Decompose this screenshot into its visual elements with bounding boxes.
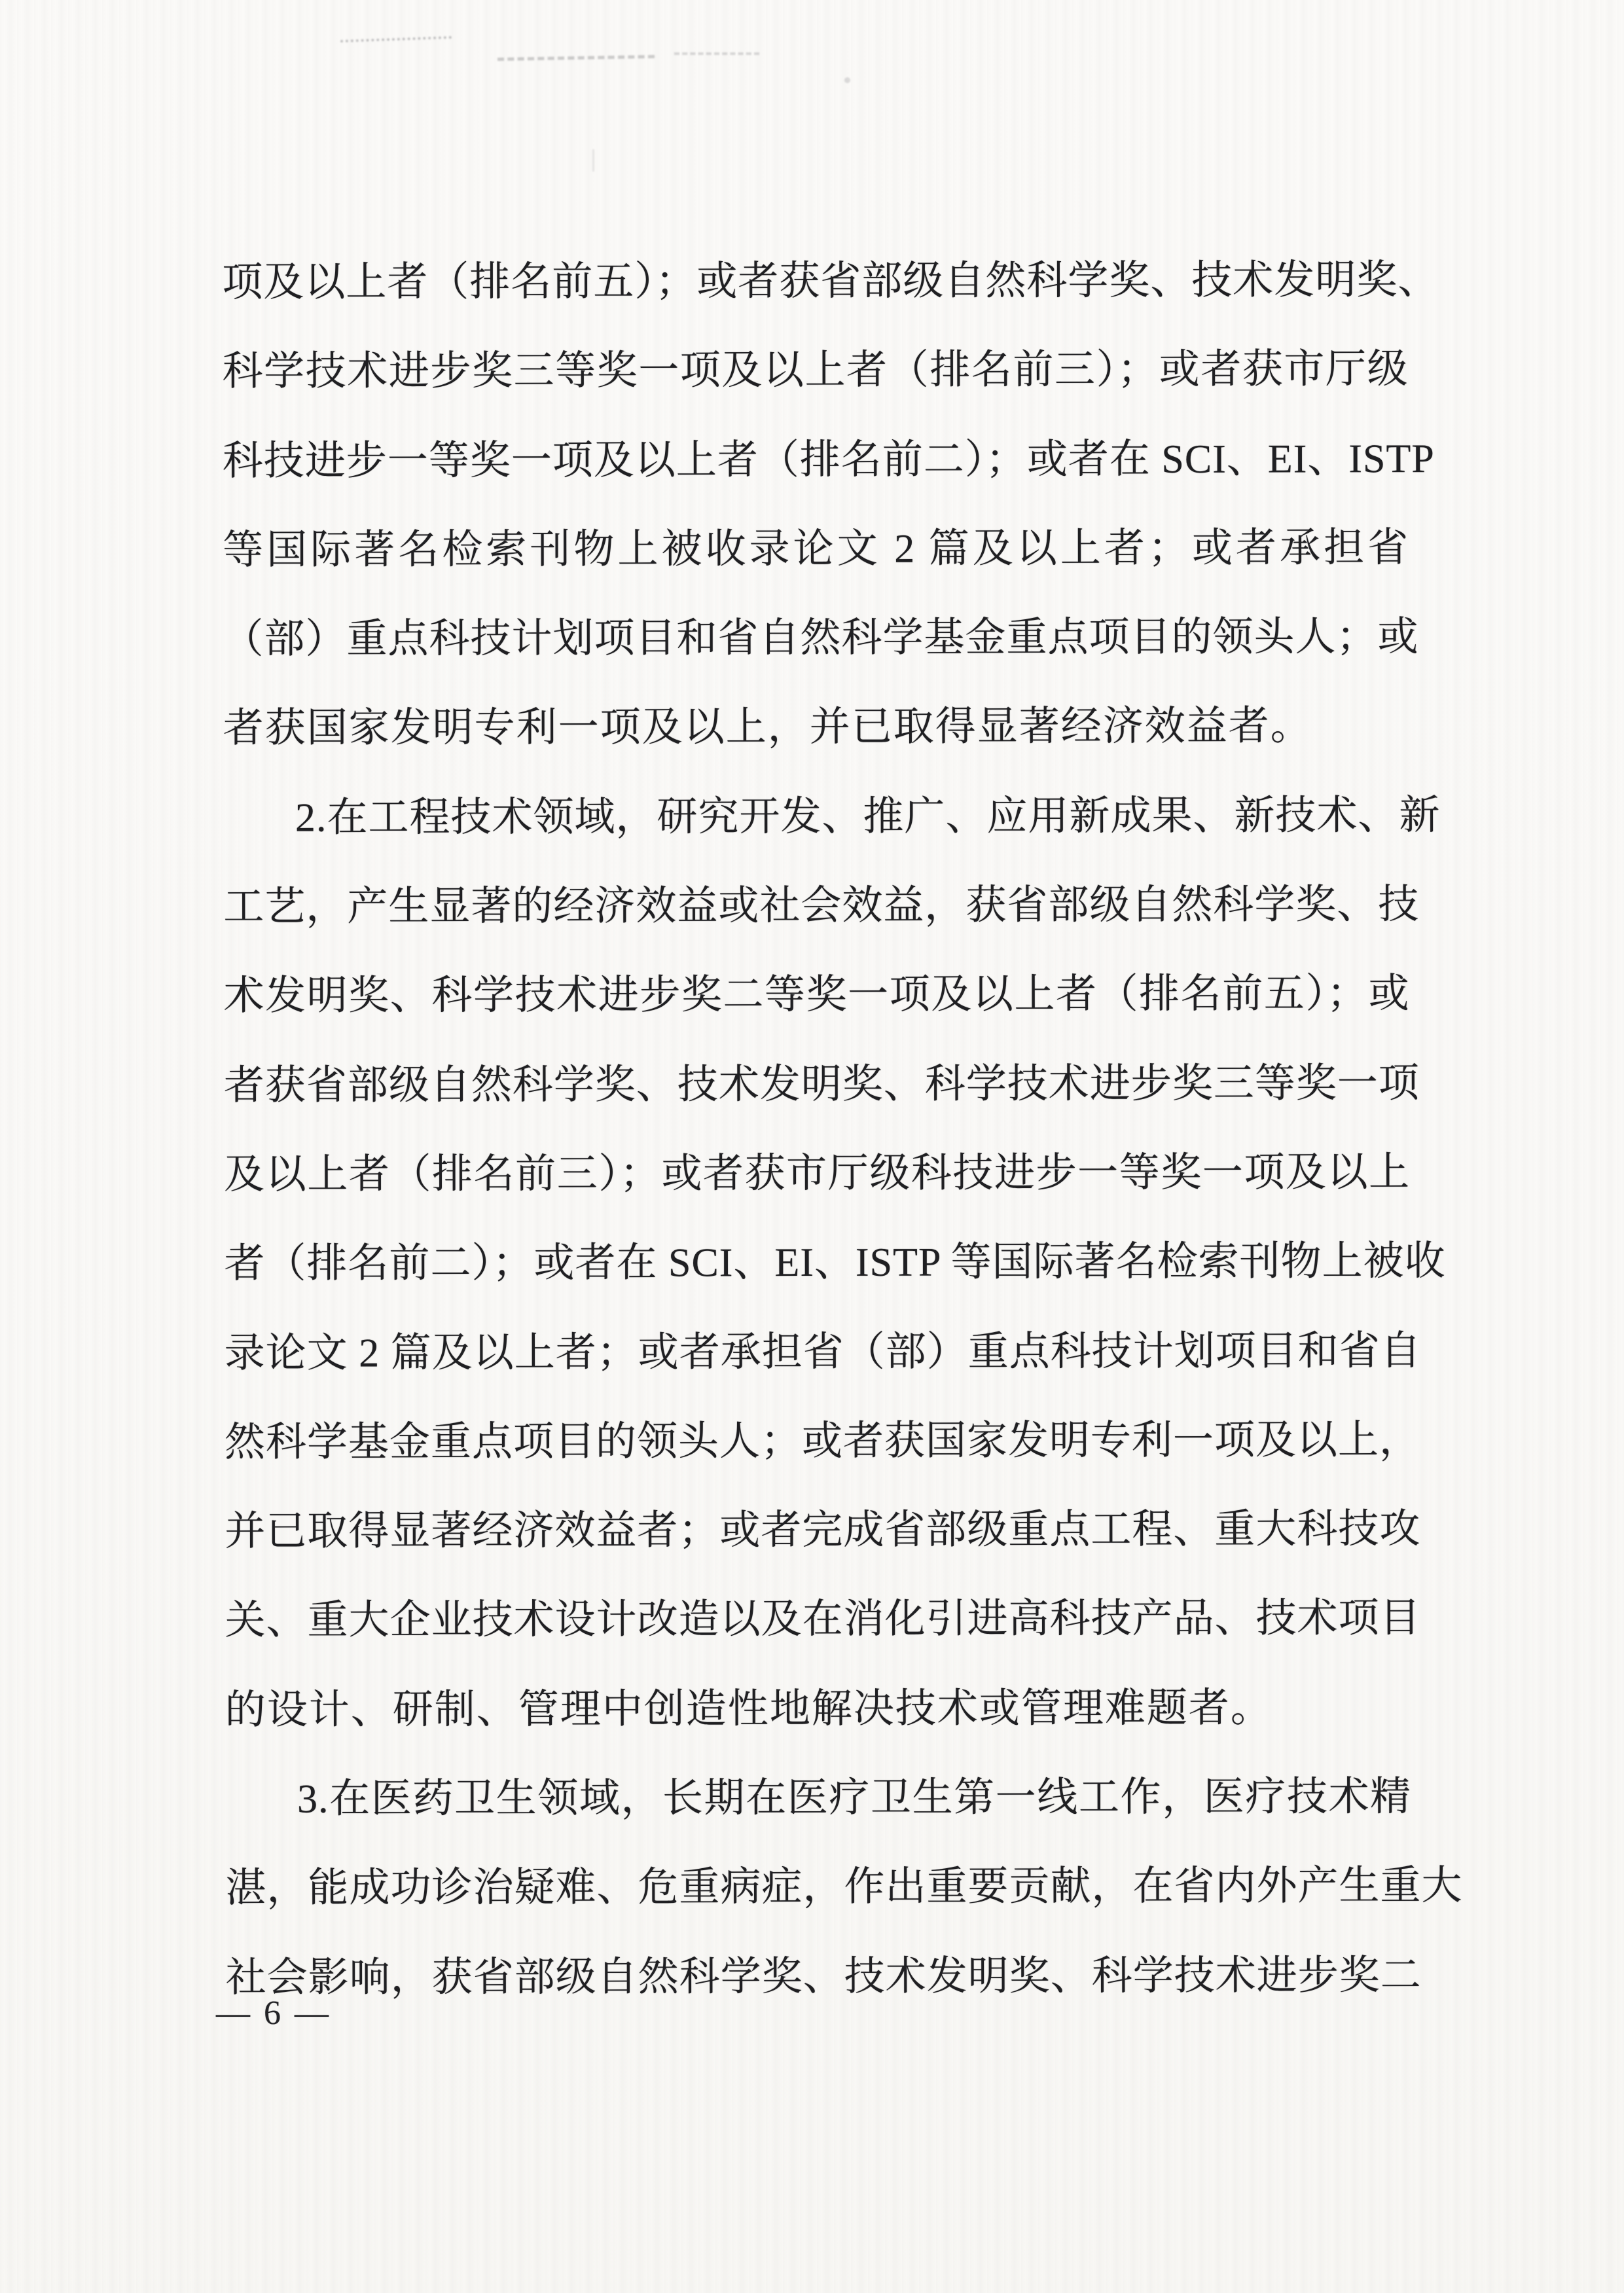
text-line: 者（排名前二）；或者在 SCI、EI、ISTP 等国际著名检索刊物上被收	[224, 1217, 1410, 1309]
text-line: 然科学基金重点项目的领头人；或者获国家发明专利一项及以上，	[225, 1396, 1411, 1487]
text-line: 项及以上者（排名前五）；或者获省部级自然科学奖、技术发明奖、	[222, 236, 1408, 327]
text-line: 科技进步一等奖一项及以上者（排名前二）；或者在 SCI、EI、ISTP	[223, 414, 1409, 506]
scan-artifact	[497, 55, 655, 61]
text-line: 及以上者（排名前三）；或者获市厅级科技进步一等奖一项及以上	[224, 1128, 1410, 1219]
text-line: 关、重大企业技术设计改造以及在消化引进高科技产品、技术项目	[225, 1574, 1411, 1666]
text-line: 术发明奖、科学技术进步奖二等奖一项及以上者（排名前五）；或	[223, 949, 1409, 1041]
text-line: 2.在工程技术领域，研究开发、推广、应用新成果、新技术、新	[223, 771, 1409, 863]
text-line: 录论文 2 篇及以上者；或者承担省（部）重点科技计划项目和省自	[225, 1307, 1411, 1398]
text-line: 等国际著名检索刊物上被收录论文 2 篇及以上者；或者承担省	[223, 503, 1409, 595]
text-line: 工艺，产生显著的经济效益或社会效益，获省部级自然科学奖、技	[223, 860, 1409, 952]
document-body: 项及以上者（排名前五）；或者获省部级自然科学奖、技术发明奖、科学技术进步奖三等奖…	[222, 236, 1412, 2023]
scan-artifact	[592, 149, 594, 172]
text-line: 者获省部级自然科学奖、技术发明奖、科学技术进步奖三等奖一项	[224, 1039, 1410, 1130]
text-line: （部）重点科技计划项目和省自然科学基金重点项目的领头人；或	[223, 592, 1409, 684]
scan-artifact	[674, 52, 759, 55]
document-page: 项及以上者（排名前五）；或者获省部级自然科学奖、技术发明奖、科学技术进步奖三等奖…	[0, 0, 1624, 2293]
scan-artifact	[340, 36, 452, 43]
text-line: 3.在医药卫生领域，长期在医疗卫生第一线工作，医疗技术精	[225, 1752, 1411, 1844]
text-line: 科学技术进步奖三等奖一项及以上者（排名前三）；或者获市厅级	[222, 325, 1408, 416]
text-line: 湛，能成功诊治疑难、危重病症，作出重要贡献，在省内外产生重大	[225, 1841, 1411, 1933]
text-line: 并已取得显著经济效益者；或者完成省部级重点工程、重大科技攻	[225, 1485, 1411, 1576]
scan-artifact	[844, 77, 850, 83]
text-line: 社会影响，获省部级自然科学奖、技术发明奖、科学技术进步奖二	[226, 1931, 1412, 2023]
text-line: 的设计、研制、管理中创造性地解决技术或管理难题者。	[225, 1663, 1411, 1755]
text-line: 者获国家发明专利一项及以上，并已取得显著经济效益者。	[223, 682, 1409, 774]
page-number: — 6 —	[216, 1994, 331, 2033]
